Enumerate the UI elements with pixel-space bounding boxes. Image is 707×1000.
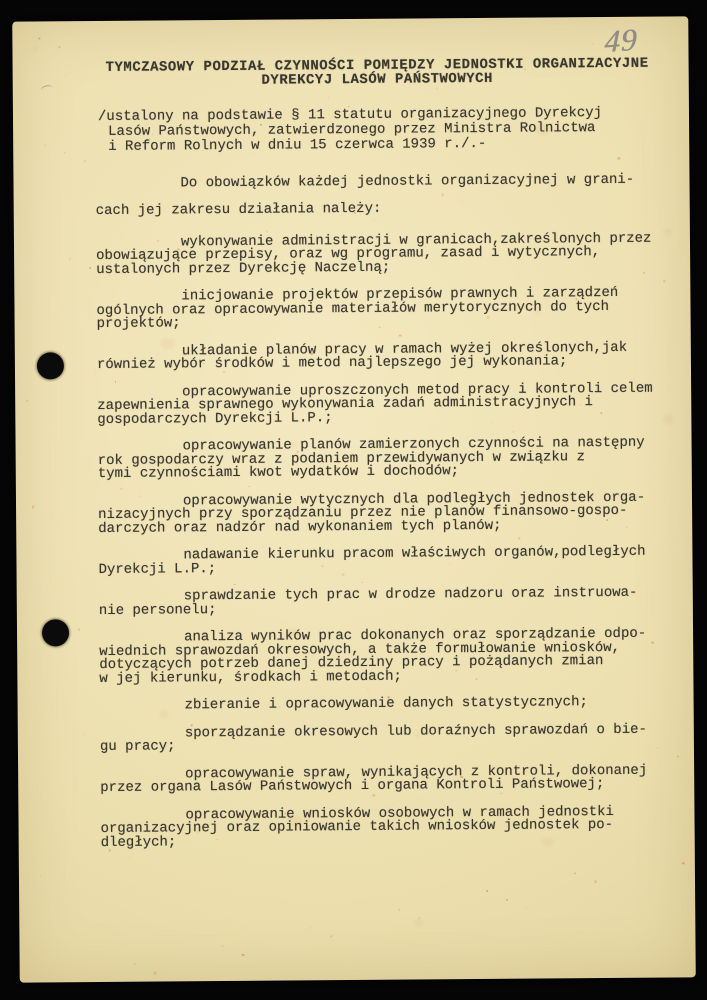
speckle-dot xyxy=(682,862,684,864)
speckle-dot xyxy=(526,907,527,908)
speckle-dot xyxy=(84,160,86,162)
speckle-dot xyxy=(418,917,420,919)
handwritten-page-number: 49 xyxy=(604,22,638,61)
speckle-dot xyxy=(78,628,80,630)
speckle-dot xyxy=(242,953,244,955)
document-title: TYMCZASOWY PODZIAŁ CZYNNOŚCI POMIĘDZY JE… xyxy=(95,57,660,89)
preamble-line: i Reform Rolnych w dniu 15 czerwca 1939 … xyxy=(98,136,660,155)
duty-paragraph: sprawdzanie tych prac w drodze nadzoru o… xyxy=(99,587,664,618)
duty-paragraph: opracowywanie planów zamierzonych czynno… xyxy=(98,437,663,482)
speckle-dot xyxy=(310,927,312,929)
speckle-dot xyxy=(128,857,129,858)
speckle-dot xyxy=(58,46,60,48)
paper-blotch xyxy=(662,228,671,235)
speckle-dot xyxy=(592,43,593,44)
speckle-dot xyxy=(83,735,84,736)
duty-paragraph: opracowywanie spraw, wynikających z kont… xyxy=(100,764,665,795)
duty-paragraph: układanie planów pracy w ramach wyżej ok… xyxy=(97,341,662,372)
speckle-dot xyxy=(669,386,670,387)
pencil-mark xyxy=(40,84,54,95)
paper-blotch xyxy=(32,46,38,51)
speckle-dot xyxy=(89,267,91,269)
duty-list: wykonywanie administracji w granicach,za… xyxy=(96,232,666,850)
speckle-dot xyxy=(222,945,224,947)
duty-paragraph: opracowywanie uproszczonych metod pracy … xyxy=(97,382,662,427)
speckle-dot xyxy=(154,972,156,974)
scanned-document-page: 49 TYMCZASOWY PODZIAŁ CZYNNOŚCI POMIĘDZY… xyxy=(0,0,707,1000)
speckle-dot xyxy=(574,872,576,874)
paper-sheet: 49 TYMCZASOWY PODZIAŁ CZYNNOŚCI POMIĘDZY… xyxy=(12,16,696,982)
speckle-dot xyxy=(27,399,29,401)
duty-paragraph: analiza wyników prac dokonanych oraz spo… xyxy=(99,628,664,686)
duty-paragraph: opracowywanie wniosków osobowych w ramac… xyxy=(100,805,665,850)
speckle-dot xyxy=(18,30,19,31)
speckle-dot xyxy=(663,280,665,282)
duty-paragraph: sporządzanie okresowych lub doraźnych sp… xyxy=(100,723,665,754)
speckle-dot xyxy=(64,152,65,153)
duty-paragraph: inicjowanie projektów przepisów prawnych… xyxy=(96,287,661,332)
speckle-dot xyxy=(44,144,46,146)
document-content: TYMCZASOWY PODZIAŁ CZYNNOŚCI POMIĘDZY JE… xyxy=(95,57,666,850)
document-preamble: /ustalony na podstawie § 11 statutu orga… xyxy=(95,106,660,155)
speckle-dot xyxy=(677,756,679,758)
speckle-dot xyxy=(38,38,40,40)
speckle-dot xyxy=(95,373,96,374)
duty-paragraph: nadawanie kierunku pracom właściwych org… xyxy=(98,546,663,577)
speckle-dot xyxy=(40,875,41,876)
speckle-dot xyxy=(506,899,508,901)
duty-paragraph: opracowywanie wytycznych dla podległych … xyxy=(98,491,663,536)
duty-paragraph: wykonywanie administracji w granicach,za… xyxy=(96,232,661,277)
speckle-dot xyxy=(614,889,615,890)
speckle-dot xyxy=(398,909,400,911)
intro-line: Do obowiązków każdej jednostki organizac… xyxy=(95,174,660,192)
speckle-dot xyxy=(134,963,136,965)
speckle-dot xyxy=(69,259,71,261)
speckle-dot xyxy=(486,890,488,892)
speckle-dot xyxy=(330,935,332,937)
speckle-dot xyxy=(52,514,53,515)
speckle-dot xyxy=(594,880,596,882)
paper-blotch xyxy=(662,414,674,424)
intro-line: cach jej zakresu działania należy: xyxy=(96,201,661,219)
punch-hole-top xyxy=(37,352,64,379)
duty-paragraph: zbieranie i opracowywanie danych statyst… xyxy=(100,696,665,714)
speckle-dot xyxy=(32,506,34,508)
paper-blotch xyxy=(415,919,424,926)
document-intro: Do obowiązków każdej jednostki organizac… xyxy=(95,174,660,219)
punch-hole-bottom xyxy=(42,619,69,646)
